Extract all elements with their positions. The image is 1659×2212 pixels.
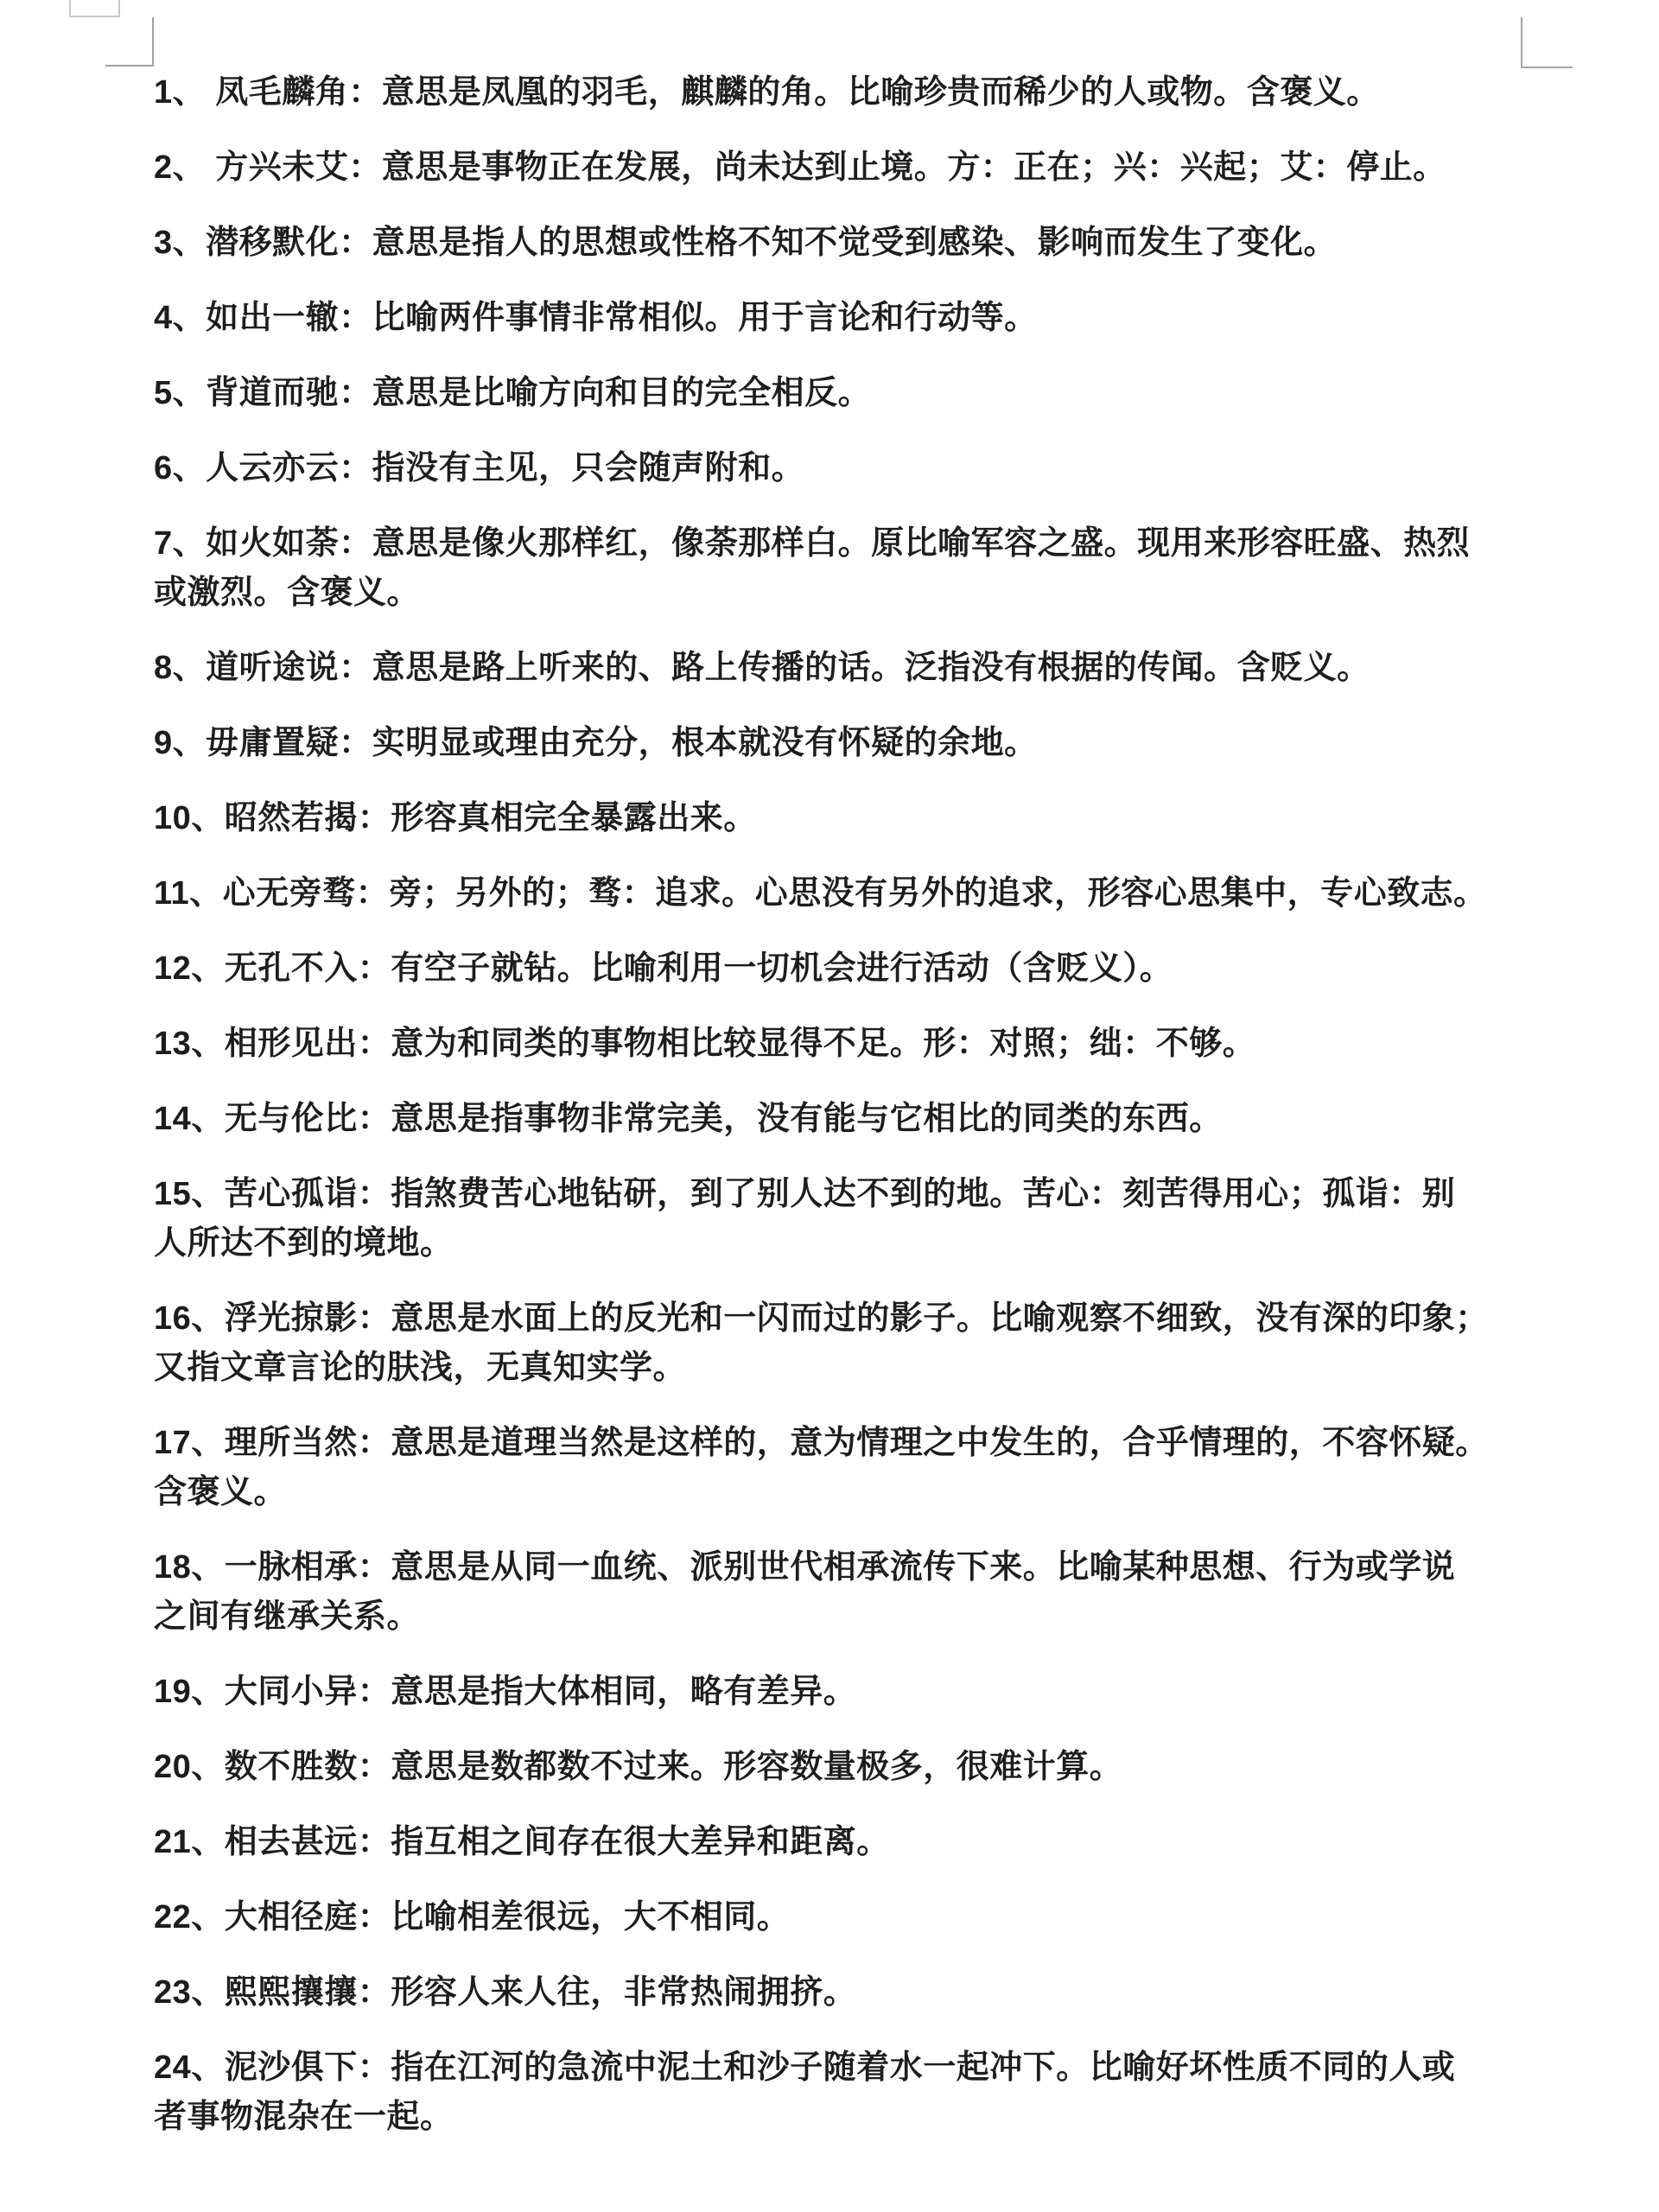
idiom-entry-continuation-line: 或激烈。含褒义。: [154, 569, 1588, 618]
idiom-entry-line: 7、如火如荼：意思是像火那样红，像荼那样白。原比喻军容之盛。现用来形容旺盛、热烈: [154, 519, 1588, 569]
text-boundary-mark-top-right: [1521, 17, 1573, 68]
idiom-entry-line: 6、人云亦云：指没有主见，只会随声附和。: [154, 444, 1588, 493]
idiom-entry-continuation-line: 之间有继承关系。: [154, 1592, 1588, 1642]
idiom-entry: 8、道听途说：意思是路上听来的、路上传播的话。泛指没有根据的传闻。含贬义。: [154, 644, 1588, 693]
idiom-entry: 13、相形见出：意为和同类的事物相比较显得不足。形：对照；绌：不够。: [154, 1020, 1588, 1069]
idiom-entry-continuation-line: 含褒义。: [154, 1468, 1588, 1517]
idiom-entry-line: 11、心无旁骛：旁；另外的；骛：追求。心思没有另外的追求，形容心思集中，专心致志…: [154, 869, 1588, 918]
idiom-entry: 19、大同小异：意思是指大体相同，略有差异。: [154, 1668, 1588, 1717]
idiom-entry-line: 12、无孔不入：有空子就钻。比喻利用一切机会进行活动（含贬义）。: [154, 944, 1588, 994]
idiom-entry-line: 21、相去甚远：指互相之间存在很大差异和距离。: [154, 1818, 1588, 1867]
idiom-entry-line: 10、昭然若揭：形容真相完全暴露出来。: [154, 794, 1588, 843]
idiom-entry-line: 1、 凤毛麟角：意思是凤凰的羽毛，麒麟的角。比喻珍贵而稀少的人或物。含褒义。: [154, 68, 1588, 118]
idiom-entry: 9、毋庸置疑：实明显或理由充分，根本就没有怀疑的余地。: [154, 719, 1588, 768]
idiom-entry-line: 14、无与伦比：意思是指事物非常完美，没有能与它相比的同类的东西。: [154, 1095, 1588, 1144]
idiom-entry: 7、如火如荼：意思是像火那样红，像荼那样白。原比喻军容之盛。现用来形容旺盛、热烈…: [154, 519, 1588, 618]
idiom-entry-line: 13、相形见出：意为和同类的事物相比较显得不足。形：对照；绌：不够。: [154, 1020, 1588, 1069]
text-boundary-mark-top-left: [105, 17, 154, 67]
idiom-entry: 5、背道而驰：意思是比喻方向和目的完全相反。: [154, 369, 1588, 418]
idiom-entry-line: 2、 方兴未艾：意思是事物正在发展，尚未达到止境。方：正在；兴：兴起；艾：停止。: [154, 143, 1588, 193]
idiom-entry-line: 20、数不胜数：意思是数都数不过来。形容数量极多，很难计算。: [154, 1743, 1588, 1792]
idiom-entry-continuation-line: 人所达不到的境地。: [154, 1219, 1588, 1268]
idiom-list: 1、 凤毛麟角：意思是凤凰的羽毛，麒麟的角。比喻珍贵而稀少的人或物。含褒义。 2…: [154, 68, 1588, 2168]
idiom-entry: 14、无与伦比：意思是指事物非常完美，没有能与它相比的同类的东西。: [154, 1095, 1588, 1144]
idiom-entry: 6、人云亦云：指没有主见，只会随声附和。: [154, 444, 1588, 493]
idiom-entry: 20、数不胜数：意思是数都数不过来。形容数量极多，很难计算。: [154, 1743, 1588, 1792]
idiom-entry: 18、一脉相承：意思是从同一血统、派别世代相承流传下来。比喻某种思想、行为或学说…: [154, 1543, 1588, 1642]
idiom-entry-continuation-line: 又指文章言论的肤浅，无真知实学。: [154, 1344, 1588, 1393]
idiom-entry-line: 19、大同小异：意思是指大体相同，略有差异。: [154, 1668, 1588, 1717]
idiom-entry-line: 5、背道而驰：意思是比喻方向和目的完全相反。: [154, 369, 1588, 418]
idiom-entry-line: 3、潜移默化：意思是指人的思想或性格不知不觉受到感染、影响而发生了变化。: [154, 219, 1588, 268]
idiom-entry: 21、相去甚远：指互相之间存在很大差异和距离。: [154, 1818, 1588, 1867]
document-page: 1、 凤毛麟角：意思是凤凰的羽毛，麒麟的角。比喻珍贵而稀少的人或物。含褒义。 2…: [0, 0, 1659, 2212]
screenshot-root: { "page": { "background": "#ffffff", "te…: [0, 0, 1659, 2212]
idiom-entry-line: 15、苦心孤诣：指煞费苦心地钻研，到了别人达不到的地。苦心：刻苦得用心；孤诣：别: [154, 1170, 1588, 1219]
idiom-entry-line: 9、毋庸置疑：实明显或理由充分，根本就没有怀疑的余地。: [154, 719, 1588, 768]
idiom-entry: 3、潜移默化：意思是指人的思想或性格不知不觉受到感染、影响而发生了变化。: [154, 219, 1588, 268]
idiom-entry: 22、大相径庭：比喻相差很远，大不相同。: [154, 1893, 1588, 1942]
idiom-entry: 23、熙熙攘攘：形容人来人往，非常热闹拥挤。: [154, 1968, 1588, 2018]
idiom-entry: 24、泥沙俱下：指在江河的急流中泥土和沙子随着水一起冲下。比喻好坏性质不同的人或…: [154, 2044, 1588, 2142]
idiom-entry: 17、理所当然：意思是道理当然是这样的，意为情理之中发生的，合乎情理的，不容怀疑…: [154, 1419, 1588, 1517]
idiom-entry-line: 18、一脉相承：意思是从同一血统、派别世代相承流传下来。比喻某种思想、行为或学说: [154, 1543, 1588, 1592]
idiom-entry: 4、如出一辙：比喻两件事情非常相似。用于言论和行动等。: [154, 294, 1588, 343]
idiom-entry-continuation-line: 者事物混杂在一起。: [154, 2093, 1588, 2142]
idiom-entry: 15、苦心孤诣：指煞费苦心地钻研，到了别人达不到的地。苦心：刻苦得用心；孤诣：别…: [154, 1170, 1588, 1268]
idiom-entry: 12、无孔不入：有空子就钻。比喻利用一切机会进行活动（含贬义）。: [154, 944, 1588, 994]
idiom-entry-line: 24、泥沙俱下：指在江河的急流中泥土和沙子随着水一起冲下。比喻好坏性质不同的人或: [154, 2044, 1588, 2093]
idiom-entry: 10、昭然若揭：形容真相完全暴露出来。: [154, 794, 1588, 843]
page-edge-mark: [69, 0, 120, 17]
idiom-entry-line: 23、熙熙攘攘：形容人来人往，非常热闹拥挤。: [154, 1968, 1588, 2018]
idiom-entry-line: 4、如出一辙：比喻两件事情非常相似。用于言论和行动等。: [154, 294, 1588, 343]
idiom-entry: 16、浮光掠影：意思是水面上的反光和一闪而过的影子。比喻观察不细致，没有深的印象…: [154, 1294, 1588, 1393]
idiom-entry-line: 17、理所当然：意思是道理当然是这样的，意为情理之中发生的，合乎情理的，不容怀疑…: [154, 1419, 1588, 1468]
idiom-entry: 1、 凤毛麟角：意思是凤凰的羽毛，麒麟的角。比喻珍贵而稀少的人或物。含褒义。: [154, 68, 1588, 118]
idiom-entry-line: 8、道听途说：意思是路上听来的、路上传播的话。泛指没有根据的传闻。含贬义。: [154, 644, 1588, 693]
idiom-entry: 2、 方兴未艾：意思是事物正在发展，尚未达到止境。方：正在；兴：兴起；艾：停止。: [154, 143, 1588, 193]
idiom-entry: 11、心无旁骛：旁；另外的；骛：追求。心思没有另外的追求，形容心思集中，专心致志…: [154, 869, 1588, 918]
idiom-entry-line: 16、浮光掠影：意思是水面上的反光和一闪而过的影子。比喻观察不细致，没有深的印象…: [154, 1294, 1588, 1344]
idiom-entry-line: 22、大相径庭：比喻相差很远，大不相同。: [154, 1893, 1588, 1942]
